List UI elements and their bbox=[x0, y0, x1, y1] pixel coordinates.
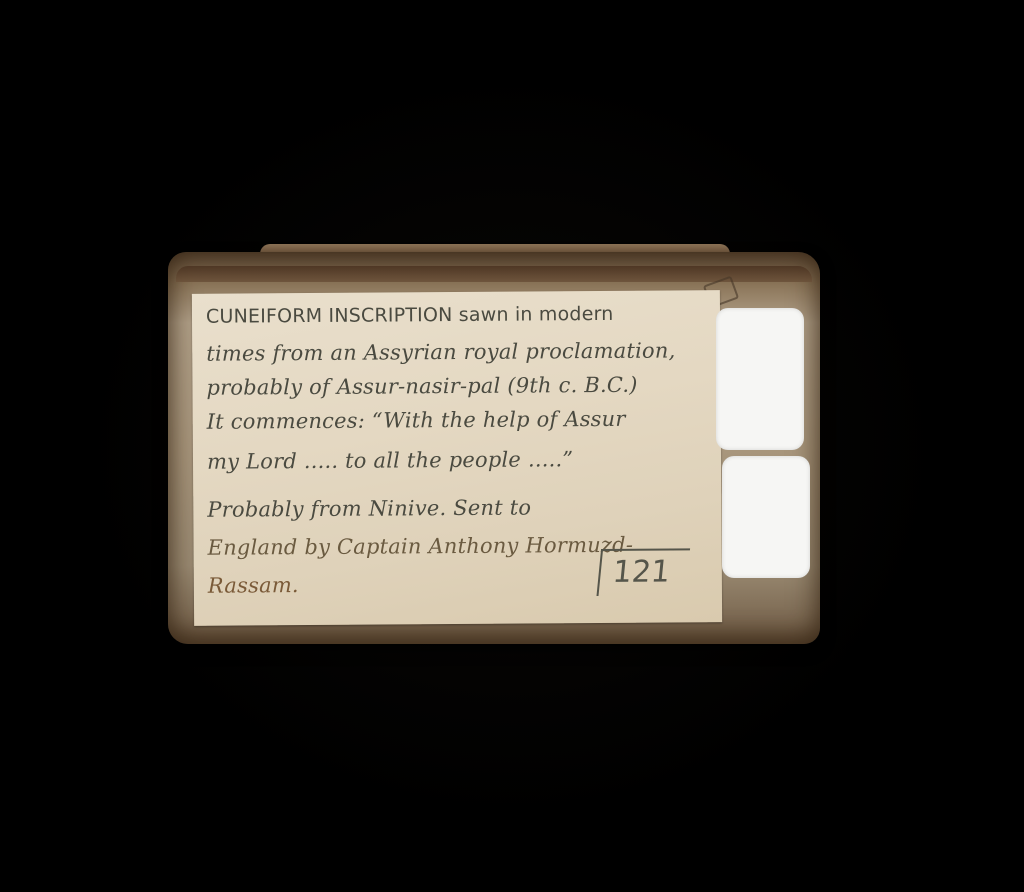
label-line-7: England by Captain Anthony Hormuzd- bbox=[208, 533, 634, 560]
white-sticker-bottom bbox=[722, 456, 810, 578]
label-line-6: Probably from Ninive. Sent to bbox=[207, 495, 531, 521]
white-sticker-top bbox=[716, 308, 804, 450]
label-line-8: Rassam. bbox=[208, 573, 299, 598]
label-line-5: my Lord ..... to all the people .....” bbox=[207, 447, 573, 474]
label-line-1: CUNEIFORM INSCRIPTION sawn in modern bbox=[206, 303, 614, 328]
photo-scene: CUNEIFORM INSCRIPTION sawn in modern tim… bbox=[0, 0, 1024, 892]
catalog-number: 121 bbox=[596, 548, 690, 596]
label-line-2: times from an Assyrian royal proclamatio… bbox=[206, 338, 675, 365]
label-line-4: It commences: “With the help of Assur bbox=[207, 407, 626, 434]
label-line-3: probably of Assur-nasir-pal (9th c. B.C.… bbox=[206, 373, 637, 400]
handwritten-label: CUNEIFORM INSCRIPTION sawn in modern tim… bbox=[192, 290, 722, 626]
